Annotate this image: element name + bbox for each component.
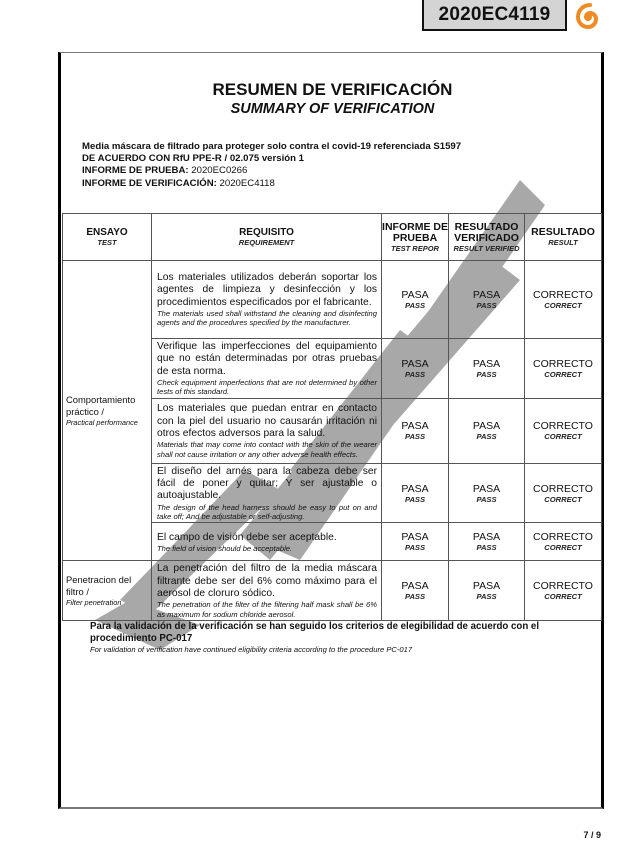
requirement-cell: La penetración del filtro de la media má… xyxy=(152,561,382,621)
standard-reference: DE ACUERDO CON RfU PPE-R / 02.075 versió… xyxy=(82,153,304,164)
test-report-cell: PASAPASS xyxy=(382,339,449,399)
title-en: SUMMARY OF VERIFICATION xyxy=(42,100,623,118)
header-requirement: REQUISITO REQUIREMENT xyxy=(152,214,382,261)
result-cell: CORRECTOCORRECT xyxy=(525,523,602,561)
requirement-cell: Los materiales que puedan entrar en cont… xyxy=(152,398,382,463)
test-category: Comportamiento práctico /Practical perfo… xyxy=(63,261,152,561)
requirement-cell: Los materiales utilizados deberán soport… xyxy=(152,261,382,339)
table-header-row: ENSAYO TEST REQUISITO REQUIREMENT INFORM… xyxy=(63,214,602,261)
result-verified-cell: PASAPASS xyxy=(449,339,525,399)
header-test: ENSAYO TEST xyxy=(63,214,152,261)
result-verified-cell: PASAPASS xyxy=(449,523,525,561)
requirement-cell: Verifique las imperfecciones del equipam… xyxy=(152,339,382,399)
test-report-cell: PASAPASS xyxy=(382,463,449,523)
reference-number-box: 2020EC4119 xyxy=(422,0,567,31)
result-cell: CORRECTOCORRECT xyxy=(525,398,602,463)
document-info: Media máscara de filtrado para proteger … xyxy=(82,141,461,190)
requirement-cell: El campo de visión debe ser aceptable.Th… xyxy=(152,523,382,561)
result-cell: CORRECTOCORRECT xyxy=(525,339,602,399)
header-result-verified: RESULTADO VERIFICADO RESULT VERIFIED xyxy=(449,214,525,261)
test-report-cell: PASAPASS xyxy=(382,261,449,339)
page-number: 7 / 9 xyxy=(583,830,601,840)
document-title: RESUMEN DE VERIFICACIÓN SUMMARY OF VERIF… xyxy=(0,80,623,118)
title-es: RESUMEN DE VERIFICACIÓN xyxy=(42,80,623,100)
header-result: RESULTADO RESULT xyxy=(525,214,602,261)
table-row: Penetracion del filtro /Filter penetrati… xyxy=(63,561,602,621)
test-report-cell: PASAPASS xyxy=(382,561,449,621)
reference-number: 2020EC4119 xyxy=(439,4,551,26)
verification-table: ENSAYO TEST REQUISITO REQUIREMENT INFORM… xyxy=(62,213,602,621)
verification-report-label: INFORME DE VERIFICACIÓN: xyxy=(82,178,217,189)
result-cell: CORRECTOCORRECT xyxy=(525,561,602,621)
validation-note-en: For validation of verification have cont… xyxy=(90,645,590,655)
result-verified-cell: PASAPASS xyxy=(449,398,525,463)
table-row: Comportamiento práctico /Practical perfo… xyxy=(63,261,602,339)
result-verified-cell: PASAPASS xyxy=(449,261,525,339)
product-description: Media máscara de filtrado para proteger … xyxy=(82,141,461,152)
orange-spiral-logo-icon xyxy=(571,1,605,33)
test-report-value: 2020EC0266 xyxy=(191,165,247,176)
test-report-cell: PASAPASS xyxy=(382,523,449,561)
validation-note-es: Para la validación de la verificación se… xyxy=(90,621,590,645)
result-verified-cell: PASAPASS xyxy=(449,561,525,621)
result-verified-cell: PASAPASS xyxy=(449,463,525,523)
test-report-label: INFORME DE PRUEBA: xyxy=(82,165,189,176)
test-report-cell: PASAPASS xyxy=(382,398,449,463)
validation-note: Para la validación de la verificación se… xyxy=(90,621,590,655)
test-category: Penetracion del filtro /Filter penetrati… xyxy=(63,561,152,621)
verification-report-value: 2020EC4118 xyxy=(220,178,275,189)
result-cell: CORRECTOCORRECT xyxy=(525,261,602,339)
requirement-cell: El diseño del arnés para la cabeza debe … xyxy=(152,463,382,523)
result-cell: CORRECTOCORRECT xyxy=(525,463,602,523)
header-test-report: INFORME DE PRUEBA TEST REPOR xyxy=(382,214,449,261)
